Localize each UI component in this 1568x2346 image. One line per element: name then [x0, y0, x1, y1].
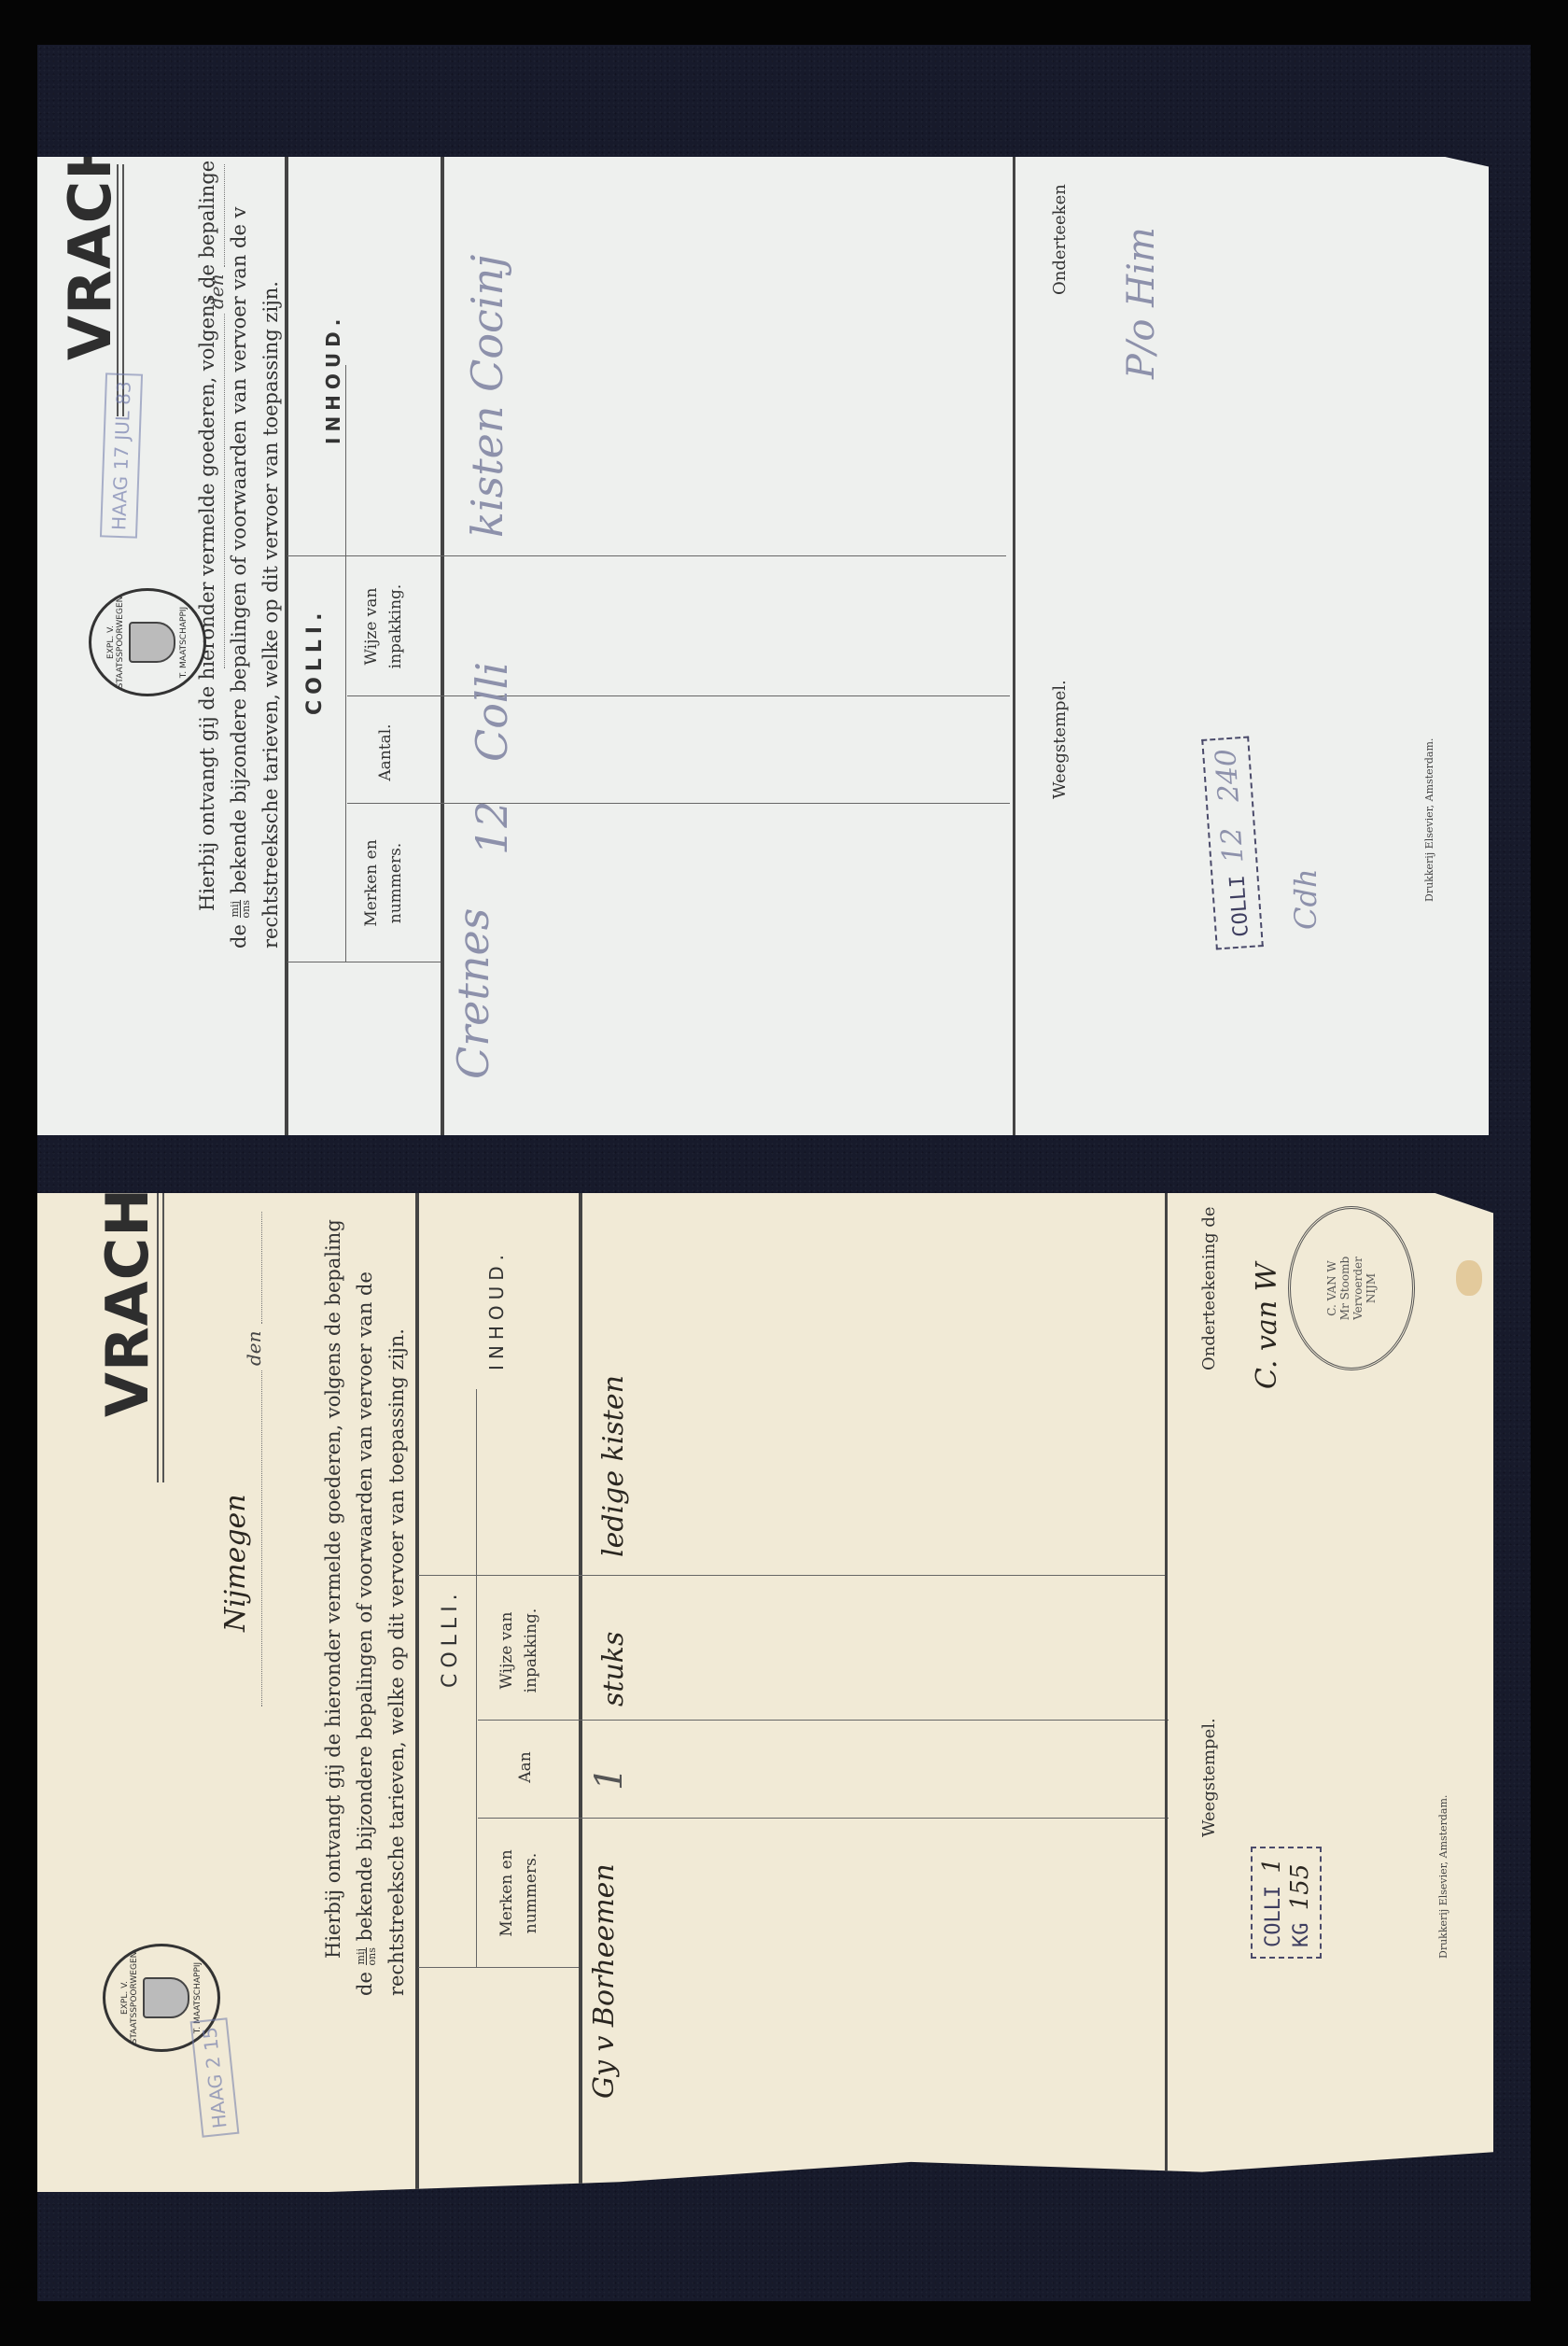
table-top-rule — [285, 157, 288, 1135]
coat-of-arms-icon — [143, 1977, 189, 2018]
col-divider-3 — [418, 1575, 1165, 1576]
weight-stamp: COLLI 1 KG 155 — [1251, 1847, 1322, 1959]
handwritten-aantal: 1 — [588, 1767, 631, 1791]
railway-seal: EXPL. V. STAATSSPOORWEGEN T. MAATSCHAPPI… — [89, 588, 206, 696]
weight-stamp: COLLI 12 240 — [1201, 736, 1264, 949]
seal-top-text: EXPL. V. STAATSSPOORWEGEN — [120, 1946, 139, 2049]
onderteekening-label: Onderteeken — [1050, 184, 1070, 295]
intro-line-2: de mijons bekende bijzondere bepalingen … — [223, 161, 255, 948]
col-merken: Merken en nummers. — [359, 808, 408, 958]
table-header-rule — [441, 157, 444, 1135]
paper-stain — [1456, 1260, 1482, 1296]
handwritten-merken: Cretnes — [448, 908, 498, 1079]
col-inpakking: Wijze van inpakking. — [359, 561, 408, 692]
colli-header: COLLI. — [439, 1588, 462, 1688]
col-aan: Aan — [513, 1721, 538, 1814]
weegstempel-label: Weegstempel. — [1199, 1718, 1219, 1837]
col-divider-2 — [478, 1720, 1169, 1721]
handwritten-inpakking: stuks — [597, 1632, 630, 1707]
header-divider — [287, 962, 441, 962]
col-divider-1 — [478, 1818, 1169, 1819]
handwritten-inhoud: ledige kisten — [597, 1375, 630, 1557]
colli-header: COLLI. — [303, 608, 327, 715]
date-stamp: HAAG 17 JUL 83 — [100, 373, 143, 539]
intro-line-2: de mijons bekende bijzondere bepalingen … — [349, 1219, 381, 1996]
col-merken: Merken en nummers. — [495, 1823, 543, 1963]
col-divider-3 — [287, 555, 1006, 556]
freight-document-bottom: VRACH EXPL. V. STAATSSPOORWEGEN T. MAATS… — [37, 1193, 1493, 2192]
handwritten-place: Nijmegen — [219, 1494, 252, 1632]
document-title: VRACHT — [56, 157, 124, 360]
intro-line-3: rechtstreeksche tarieven, welke op dit v… — [255, 161, 287, 948]
handwritten-aantal: 12 — [467, 800, 517, 855]
intro-line-1: Hierbij ontvangt gij de hieronder vermel… — [317, 1219, 349, 1996]
intro-text: Hierbij ontvangt gij de hieronder vermel… — [191, 161, 287, 948]
date-stamp: HAAG 2 15 — [190, 2017, 240, 2137]
weegstempel-label: Weegstempel. — [1050, 680, 1070, 799]
seal-top-text: EXPL. V. STAATSSPOORWEGEN — [106, 591, 125, 694]
company-oval-stamp: C. VAN W Mr Stoomb Vervoerder NIJM — [1288, 1206, 1415, 1370]
freight-document-top: VRACHT EXPL. V. STAATSSPOORWEGEN T. MAAT… — [37, 157, 1489, 1135]
table-bottom-rule — [1013, 157, 1015, 1135]
den-label: den — [243, 1330, 265, 1366]
mij-ons-fraction: mijons — [230, 900, 251, 918]
printer-credit: Drukkerij Elsevier, Amsterdam. — [1423, 738, 1435, 902]
mij-ons-fraction: mijons — [356, 1947, 377, 1965]
printer-credit: Drukkerij Elsevier, Amsterdam. — [1437, 1795, 1449, 1959]
initials: Cdh — [1288, 868, 1323, 930]
intro-line-3: rechtstreeksche tarieven, welke op dit v… — [381, 1219, 413, 1996]
table-top-rule — [415, 1193, 419, 2192]
inhoud-header: INHOUD. — [485, 1249, 508, 1370]
document-title: VRACH — [93, 1193, 161, 1417]
table-bottom-rule — [1165, 1193, 1168, 2192]
col-inpakking: Wijze van inpakking. — [495, 1585, 543, 1716]
document-rotated-content: VRACH EXPL. V. STAATSSPOORWEGEN T. MAATS… — [37, 1193, 1493, 2192]
col-divider-1 — [347, 803, 1010, 804]
signature: P/o Him — [1120, 227, 1163, 379]
handwritten-inhoud: kisten Cocinj — [462, 255, 512, 538]
colli-subrule — [476, 1389, 477, 1968]
onderteekening-label: Onderteekening de — [1199, 1206, 1219, 1370]
col-divider-2 — [347, 695, 1010, 696]
document-rotated-content: VRACHT EXPL. V. STAATSSPOORWEGEN T. MAAT… — [37, 157, 1489, 1135]
colli-subrule — [345, 365, 346, 962]
signature: C. van W — [1251, 1263, 1283, 1389]
seal-bottom-text: T. MAATSCHAPPIJ — [179, 607, 189, 678]
header-divider — [418, 1967, 579, 1968]
intro-line-1: Hierbij ontvangt gij de hieronder vermel… — [191, 161, 223, 948]
coat-of-arms-icon — [129, 622, 175, 663]
place-date-line — [261, 1370, 262, 1707]
table-header-rule — [579, 1193, 582, 2192]
handwritten-inpakking: Colli — [467, 662, 517, 762]
date-line — [261, 1212, 262, 1324]
intro-text: Hierbij ontvangt gij de hieronder vermel… — [317, 1219, 413, 1996]
col-aantal: Aantal. — [373, 706, 398, 799]
inhoud-header: INHOUD. — [322, 314, 344, 444]
title-underline — [157, 1193, 164, 1482]
handwritten-merken: Gy v Borheemen — [588, 1863, 621, 2099]
